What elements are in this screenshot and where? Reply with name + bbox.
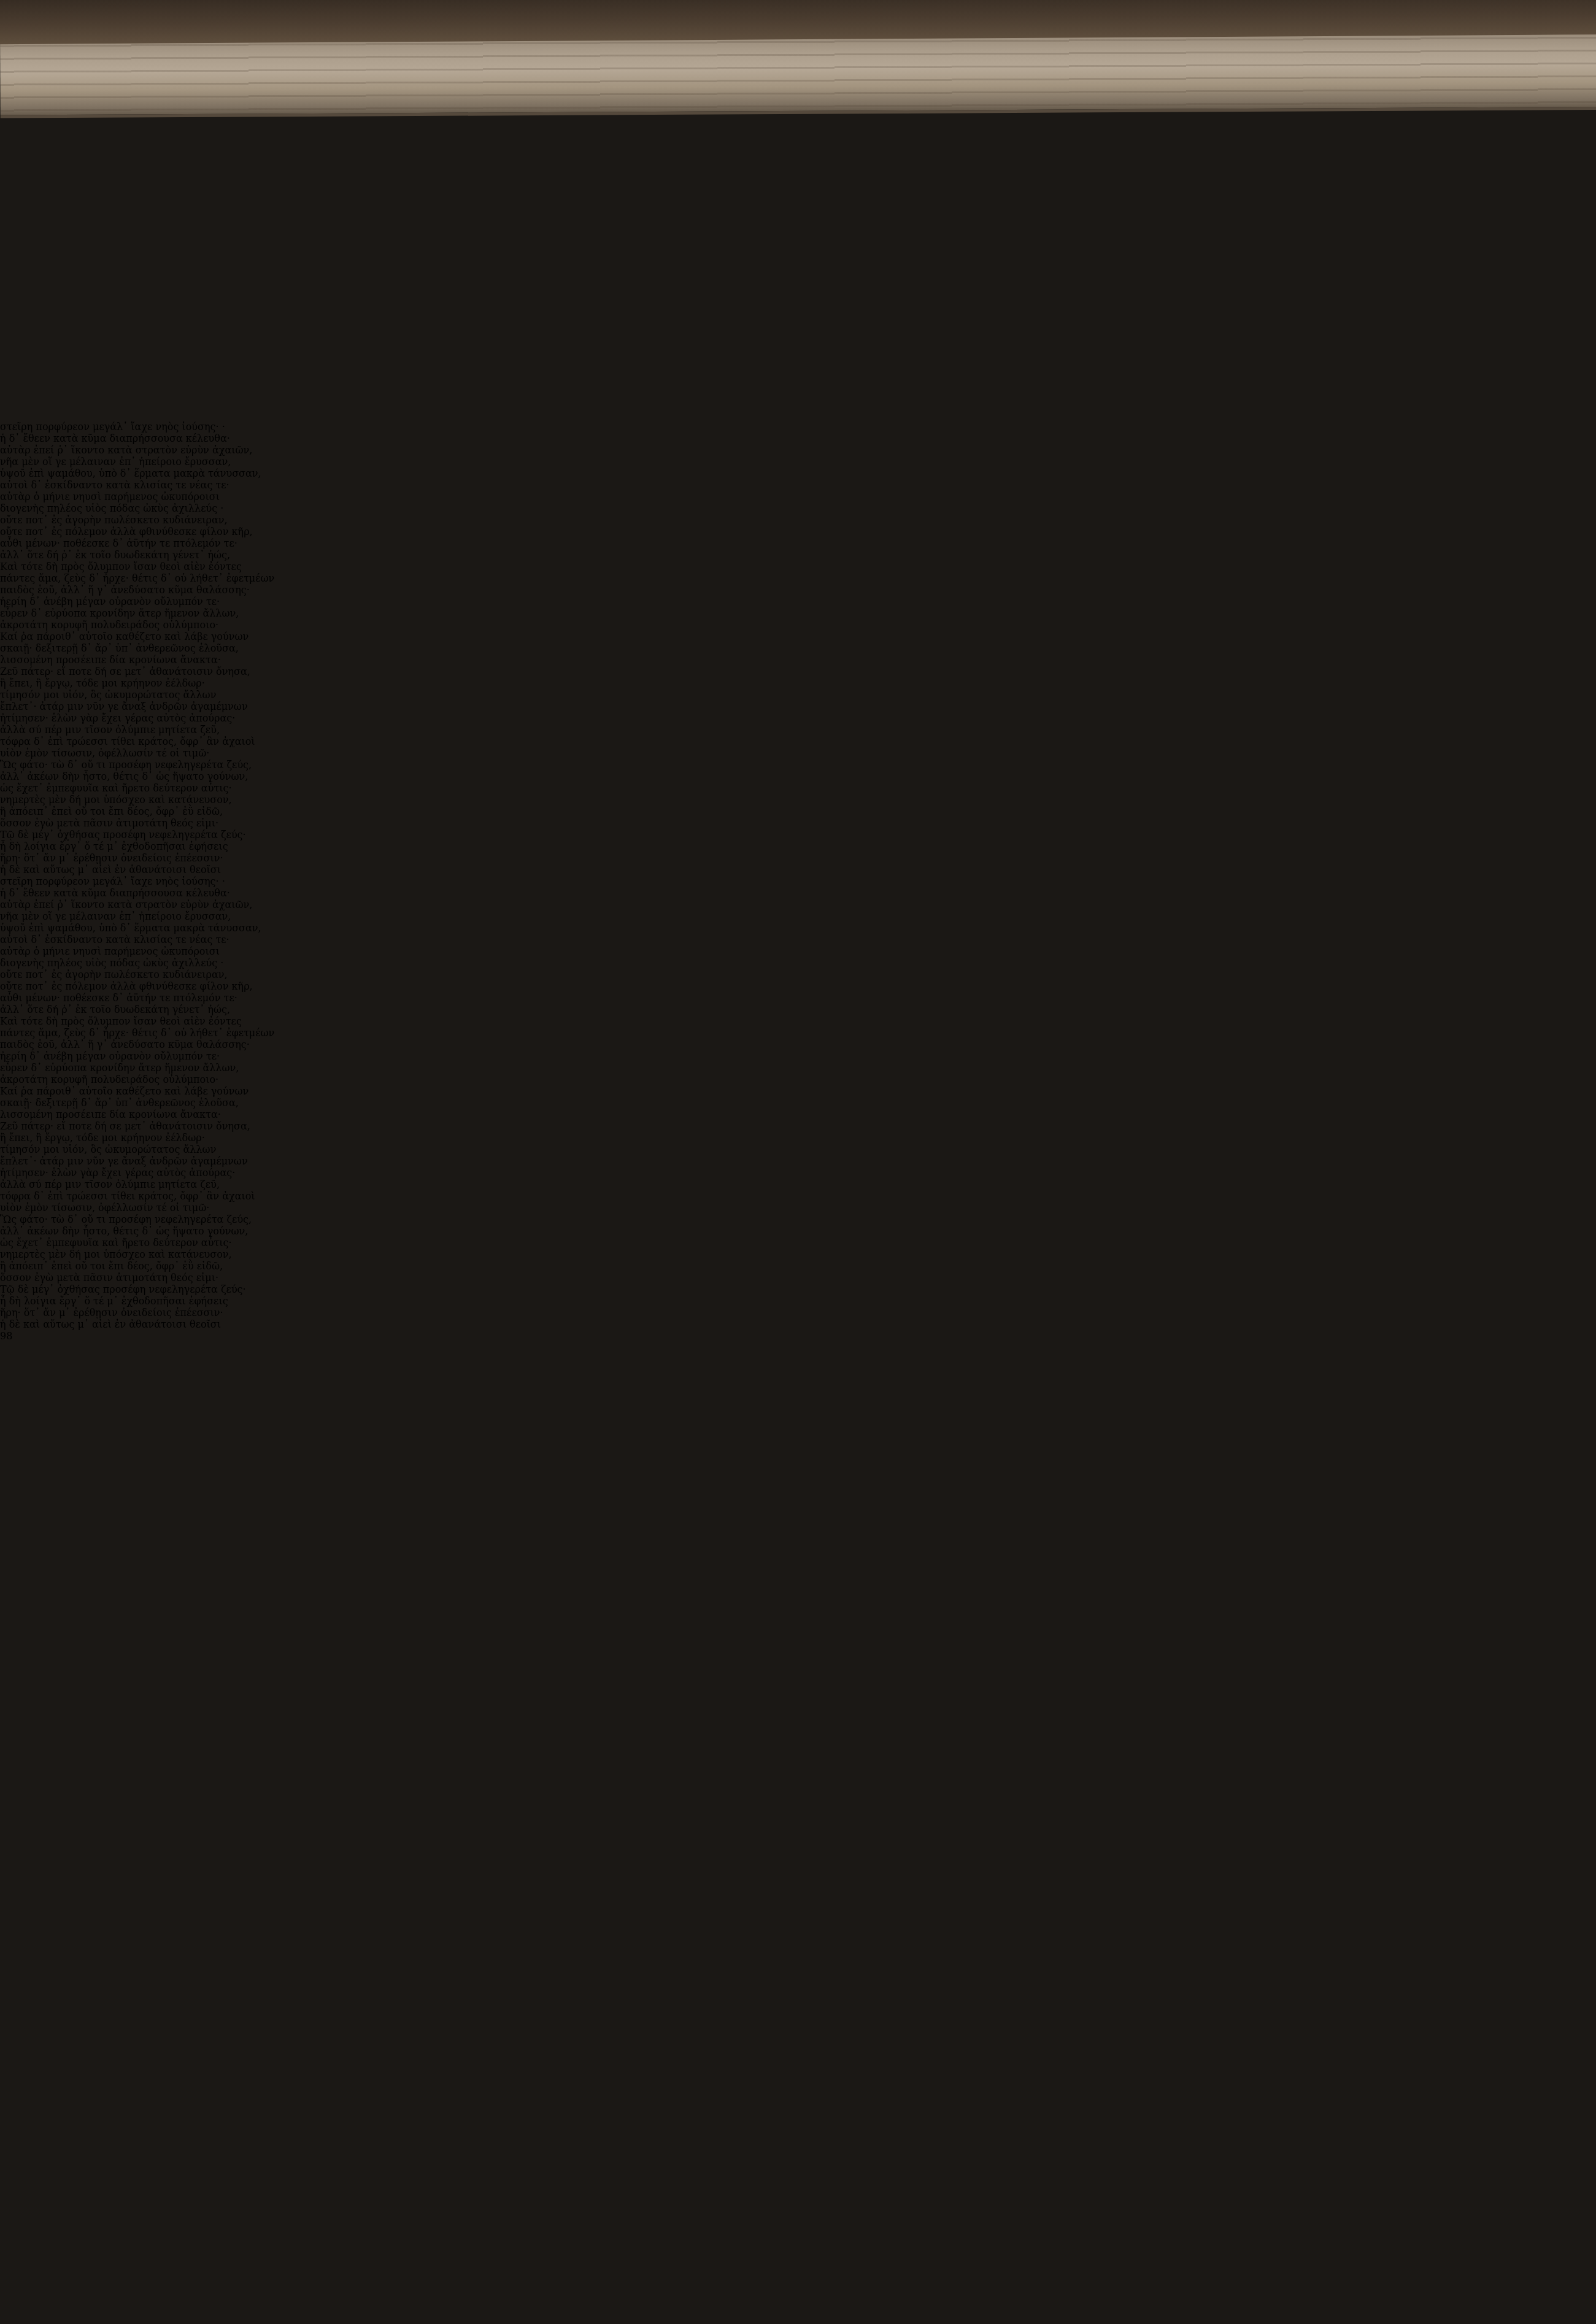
verse-line: ἠερίη δ᾽ ἀνέβη μέγαν οὐρανὸν οὔλυμπόν τε… <box>0 1050 1596 1062</box>
verse-line: αὐτὰρ ἐπεί ῥ᾽ ἵκοντο κατὰ στρατὸν εὐρὺν … <box>0 899 1596 910</box>
verse-line: ἦ δὴ λοίγια ἔργ᾽ ὅ τέ μ᾽ ἐχθοδοπῆσαι ἐφή… <box>0 1295 1596 1307</box>
verse-line: ἥρη· ὅτ᾽ ἄν μ᾽ ἐρέθῃσιν ὀνειδείοις ἐπέεσ… <box>0 1307 1596 1318</box>
verse-text: ἀλλ᾽ ἀκέων δὴν ἧστο, θέτις δ᾽ ὡς ἥψατο γ… <box>0 1225 248 1237</box>
verse-text: παιδὸς ἑοῦ, ἀλλ᾽ ἥ γ᾽ ἀνεδύσατο κῦμα θαλ… <box>0 1039 250 1050</box>
marginal-initial: Τ <box>0 829 7 841</box>
verse-line: λισσομένη προσέειπε δία κρονίωνα ἄνακτα· <box>0 654 1596 666</box>
verse-line: Καὶ τότε δὴ πρὸς ὄλυμπον ἴσαν θεοὶ αἰὲν … <box>0 561 1596 572</box>
verse-text: υἱὸν ἐμὸν τίσωσιν, ὀφέλλωσίν τέ οἱ τιμῶ· <box>0 1202 209 1214</box>
verse-text: παιδὸς ἑοῦ, ἀλλ᾽ ἥ γ᾽ ἀνεδύσατο κῦμα θαλ… <box>0 584 250 596</box>
verse-text: εὗρεν δ᾽ εὐρύοπα κρονίδην ἄτερ ἥμενον ἄλ… <box>0 607 239 619</box>
verse-line: παιδὸς ἑοῦ, ἀλλ᾽ ἥ γ᾽ ἀνεδύσατο κῦμα θαλ… <box>0 584 1596 596</box>
verse-text: αὐτὰρ ὁ μήνιε νηυσὶ παρήμενος ὠκυπόροισι <box>0 491 220 502</box>
verse-line: ὡς ἔχετ᾽ ἐμπεφυυῖα καὶ ἤρετο δεύτερον αὖ… <box>0 782 1596 794</box>
verse-line: ἀκροτάτη κορυφῆ πολυδειράδος οὐλύμποιο· <box>0 1074 1596 1085</box>
verse-line: ἀλλὰ σύ πέρ μιν τῖσον ὀλύμπιε μητίετα ζε… <box>0 724 1596 736</box>
verse-text: ἦ δὴ λοίγια ἔργ᾽ ὅ τέ μ᾽ ἐχθοδοπῆσαι ἐφή… <box>0 841 228 852</box>
verse-text: Καί ῥα πάροιθ᾽ αὐτοῖο καθέζετο καὶ λάβε … <box>0 1085 249 1097</box>
verse-line: ἀλλ᾽ ἀκέων δὴν ἧστο, θέτις δ᾽ ὡς ἥψατο γ… <box>0 1225 1596 1237</box>
book-scan: στεῖρη πορφύρεον μεγάλ᾽ ἴαχε νηὸς ἰούσης… <box>0 0 1596 2324</box>
verse-text: οὔτε ποτ᾽ ἐς πόλεμον ἀλλὰ φθινύθεσκε φίλ… <box>0 980 253 992</box>
verse-text: ἀλλ᾽ ὅτε δή ῥ᾽ ἐκ τοῖο δυωδεκάτη γένετ᾽ … <box>0 1004 230 1015</box>
verse-line: εὗρεν δ᾽ εὐρύοπα κρονίδην ἄτερ ἥμενον ἄλ… <box>0 607 1596 619</box>
verse-text: ἠερίη δ᾽ ἀνέβη μέγαν οὐρανὸν οὔλυμπόν τε… <box>0 596 220 607</box>
ghost-text-block: στεῖρη πορφύρεον μεγάλ᾽ ἴαχε νηὸς ἰούσης… <box>0 421 1596 875</box>
verse-line: αὐτὰρ ὁ μήνιε νηυσὶ παρήμενος ὠκυπόροισι <box>0 491 1596 502</box>
verse-line: διογενὴς πηλέος υἱὸς πόδας ὠκὺς ἀχιλλεύς… <box>0 957 1596 969</box>
verse-line: ὅσσον ἐγὼ μετὰ πᾶσιν ἀτιμοτάτη θεός εἰμι… <box>0 817 1596 829</box>
verse-line: αὐτὰρ ὁ μήνιε νηυσὶ παρήμενος ὠκυπόροισι <box>0 945 1596 957</box>
verse-text: αὐτοὶ δ᾽ ἐσκίδναντο κατὰ κλισίας τε νέας… <box>0 479 229 491</box>
verse-line: νῆα μὲν οἵ γε μέλαιναν ἐπ᾽ ἠπείροιο ἔρυσ… <box>0 910 1596 922</box>
verse-text: λισσομένη προσέειπε δία κρονίωνα ἄνακτα· <box>0 1109 221 1120</box>
verse-line: αὐτὰρ ἐπεί ῥ᾽ ἵκοντο κατὰ στρατὸν εὐρὺν … <box>0 444 1596 456</box>
marginal-initial: Ὣ <box>0 1214 11 1225</box>
verse-line: πάντες ἅμα, ζεὺς δ᾽ ἦρχε· θέτις δ᾽ οὐ λή… <box>0 1027 1596 1039</box>
marginal-initial: Ὣ <box>0 759 11 771</box>
verse-line: υἱὸν ἐμὸν τίσωσιν, ὀφέλλωσίν τέ οἱ τιμῶ· <box>0 747 1596 759</box>
verse-text: ὑψοῦ ἐπὶ ψαμάθου, ὑπὸ δ᾽ ἕρματα μακρὰ τά… <box>0 467 261 479</box>
verse-line: ἢ ἀπόειπ᾽ ἐπεὶ οὔ τοι ἔπι δέος, ὄφρ᾽ ἐῢ … <box>0 1260 1596 1272</box>
verse-line: παιδὸς ἑοῦ, ἀλλ᾽ ἥ γ᾽ ἀνεδύσατο κῦμα θαλ… <box>0 1039 1596 1050</box>
verse-line: νημερτὲς μὲν δή μοι ὑπόσχεο καὶ κατάνευσ… <box>0 1249 1596 1260</box>
verse-text: εὗρεν δ᾽ εὐρύοπα κρονίδην ἄτερ ἥμενον ἄλ… <box>0 1062 239 1074</box>
verse-text: αὐτοὶ δ᾽ ἐσκίδναντο κατὰ κλισίας τε νέας… <box>0 934 229 945</box>
foxing-spot <box>0 218 37 248</box>
foxing-spot <box>0 191 32 218</box>
verse-text: ἔπλετ᾽· ἀτάρ μιν νῦν γε ἄναξ ἀνδρῶν ἀγαμ… <box>0 1155 248 1167</box>
verse-text: ἥρη· ὅτ᾽ ἄν μ᾽ ἐρέθῃσιν ὀνειδείοις ἐπέεσ… <box>0 1307 223 1318</box>
foxing-spot <box>0 320 18 337</box>
verse-text: νῆα μὲν οἵ γε μέλαιναν ἐπ᾽ ἠπείροιο ἔρυσ… <box>0 456 231 467</box>
verse-text: στεῖρη πορφύρεον μεγάλ᾽ ἴαχε νηὸς ἰούσης… <box>0 875 225 887</box>
verse-text: ὑψοῦ ἐπὶ ψαμάθου, ὑπὸ δ᾽ ἕρματα μακρὰ τά… <box>0 922 261 934</box>
verse-text: αὖθι μένων· ποθέεσκε δ᾽ ἀϋτήν τε πτόλεμό… <box>0 537 237 549</box>
verse-text: οὔτε ποτ᾽ ἐς ἀγορὴν πωλέσκετο κυδιάνειρα… <box>0 969 228 980</box>
verse-line: ἡ δὲ καὶ αὔτως μ᾽ αἰεὶ ἐν ἀθανάτοισι θεο… <box>0 1318 1596 1330</box>
verse-line: στεῖρη πορφύρεον μεγάλ᾽ ἴαχε νηὸς ἰούσης… <box>0 421 1596 433</box>
verse-text: τίμησόν μοι υἱόν, ὃς ὠκυμορώτατος ἄλλων <box>0 689 216 701</box>
verse-line: υἱὸν ἐμὸν τίσωσιν, ὀφέλλωσίν τέ οἱ τιμῶ· <box>0 1202 1596 1214</box>
verse-text: ἀκροτάτη κορυφῆ πολυδειράδος οὐλύμποιο· <box>0 1074 218 1085</box>
verse-text: ἀκροτάτη κορυφῆ πολυδειράδος οὐλύμποιο· <box>0 619 218 631</box>
verse-text: ἡ δ᾽ ἔθεεν κατὰ κῦμα διαπρήσσουσα κέλευθ… <box>0 433 230 444</box>
verse-text: Καὶ τότε δὴ πρὸς ὄλυμπον ἴσαν θεοὶ αἰὲν … <box>0 1015 242 1027</box>
verse-line: Καί ῥα πάροιθ᾽ αὐτοῖο καθέζετο καὶ λάβε … <box>0 1085 1596 1097</box>
verse-text: ἠτίμησεν· ἑλὼν γὰρ ἔχει γέρας αὐτὸς ἀπού… <box>0 1167 235 1179</box>
verse-text: αὐτὰρ ὁ μήνιε νηυσὶ παρήμενος ὠκυπόροισι <box>0 945 220 957</box>
verse-text: υἱὸν ἐμὸν τίσωσιν, ὀφέλλωσίν τέ οἱ τιμῶ· <box>0 747 209 759</box>
verse-line: οὔτε ποτ᾽ ἐς ἀγορὴν πωλέσκετο κυδιάνειρα… <box>0 514 1596 526</box>
verse-line: ἢ ἔπει, ἢ ἔργῳ, τόδε μοι κρήηνον ἐέλδωρ· <box>0 1132 1596 1144</box>
verse-line: ἢ ἔπει, ἢ ἔργῳ, τόδε μοι κρήηνον ἐέλδωρ· <box>0 677 1596 689</box>
verse-line: τίμησόν μοι υἱόν, ὃς ὠκυμορώτατος ἄλλων <box>0 689 1596 701</box>
verse-text: ῷ δὲ μέγ᾽ ὀχθήσας προσέφη νεφεληγερέτα ζ… <box>7 829 246 841</box>
verse-line: νημερτὲς μὲν δή μοι ὑπόσχεο καὶ κατάνευσ… <box>0 794 1596 806</box>
verse-line: νῆα μὲν οἵ γε μέλαιναν ἐπ᾽ ἠπείροιο ἔρυσ… <box>0 456 1596 467</box>
verse-line: αὖθι μένων· ποθέεσκε δ᾽ ἀϋτήν τε πτόλεμό… <box>0 537 1596 549</box>
verse-text: ἡ δ᾽ ἔθεεν κατὰ κῦμα διαπρήσσουσα κέλευθ… <box>0 887 230 899</box>
verse-line: εὗρεν δ᾽ εὐρύοπα κρονίδην ἄτερ ἥμενον ἄλ… <box>0 1062 1596 1074</box>
verse-line: Καὶ τότε δὴ πρὸς ὄλυμπον ἴσαν θεοὶ αἰὲν … <box>0 1015 1596 1027</box>
verse-line: ἀκροτάτη κορυφῆ πολυδειράδος οὐλύμποιο· <box>0 619 1596 631</box>
marginal-initial: Ζ <box>0 1120 7 1132</box>
verse-text: ς φάτο· τὼ δ᾽ οὔ τι προσέφη νεφεληγερέτα… <box>11 759 252 771</box>
verse-line: διογενὴς πηλέος υἱὸς πόδας ὠκὺς ἀχιλλεύς… <box>0 502 1596 514</box>
verse-line: τόφρα δ᾽ ἐπὶ τρώεσσι τίθει κράτος, ὄφρ᾽ … <box>0 1190 1596 1202</box>
verse-line: ἠτίμησεν· ἑλὼν γὰρ ἔχει γέρας αὐτὸς ἀπού… <box>0 712 1596 724</box>
verse-line: οὔτε ποτ᾽ ἐς ἀγορὴν πωλέσκετο κυδιάνειρα… <box>0 969 1596 980</box>
verse-text: ἢ ἀπόειπ᾽ ἐπεὶ οὔ τοι ἔπι δέος, ὄφρ᾽ ἐῢ … <box>0 1260 223 1272</box>
verse-text: σκαιῇ· δεξιτερῇ δ᾽ ἄρ᾽ ὑπ᾽ ἀνθερεῶνος ἑλ… <box>0 642 239 654</box>
verse-text: ς φάτο· τὼ δ᾽ οὔ τι προσέφη νεφεληγερέτα… <box>11 1214 252 1225</box>
verse-text: αὐτὰρ ἐπεί ῥ᾽ ἵκοντο κατὰ στρατὸν εὐρὺν … <box>0 444 252 456</box>
marginal-initial: Ζ <box>0 666 7 677</box>
verse-line: ἦ δὴ λοίγια ἔργ᾽ ὅ τέ μ᾽ ἐχθοδοπῆσαι ἐφή… <box>0 841 1596 852</box>
verse-line: λισσομένη προσέειπε δία κρονίωνα ἄνακτα· <box>0 1109 1596 1120</box>
foxing-spot <box>0 144 27 169</box>
verse-line: ἡ δ᾽ ἔθεεν κατὰ κῦμα διαπρήσσουσα κέλευθ… <box>0 433 1596 444</box>
verse-line: ἀλλὰ σύ πέρ μιν τῖσον ὀλύμπιε μητίετα ζε… <box>0 1179 1596 1190</box>
verse-text: Καί ῥα πάροιθ᾽ αὐτοῖο καθέζετο καὶ λάβε … <box>0 631 249 642</box>
verse-text: ὅσσον ἐγὼ μετὰ πᾶσιν ἀτιμοτάτη θεός εἰμι… <box>0 817 218 829</box>
verse-text: ἔπλετ᾽· ἀτάρ μιν νῦν γε ἄναξ ἀνδρῶν ἀγαμ… <box>0 701 248 712</box>
verse-text: πάντες ἅμα, ζεὺς δ᾽ ἦρχε· θέτις δ᾽ οὐ λή… <box>0 1027 274 1039</box>
verse-line: ἡ δ᾽ ἔθεεν κατὰ κῦμα διαπρήσσουσα κέλευθ… <box>0 887 1596 899</box>
verse-text: τόφρα δ᾽ ἐπὶ τρώεσσι τίθει κράτος, ὄφρ᾽ … <box>0 736 255 747</box>
verse-text: τίμησόν μοι υἱόν, ὃς ὠκυμορώτατος ἄλλων <box>0 1144 216 1155</box>
verse-text: αὐτὰρ ἐπεί ῥ᾽ ἵκοντο κατὰ στρατὸν εὐρὺν … <box>0 899 252 910</box>
verse-line: Ζεῦ πάτερ· εἴ ποτε δή σε μετ᾽ ἀθανάτοισι… <box>0 1120 1596 1132</box>
verse-line: ὑψοῦ ἐπὶ ψαμάθου, ὑπὸ δ᾽ ἕρματα μακρὰ τά… <box>0 467 1596 479</box>
verse-line: Τῷ δὲ μέγ᾽ ὀχθήσας προσέφη νεφεληγερέτα … <box>0 1283 1596 1295</box>
verse-text: ἢ ἔπει, ἢ ἔργῳ, τόδε μοι κρήηνον ἐέλδωρ· <box>0 677 205 689</box>
verse-line: ὅσσον ἐγὼ μετὰ πᾶσιν ἀτιμοτάτη θεός εἰμι… <box>0 1272 1596 1283</box>
verse-line: τίμησόν μοι υἱόν, ὃς ὠκυμορώτατος ἄλλων <box>0 1144 1596 1155</box>
foxing-spot <box>0 396 31 421</box>
verse-line: ἥρη· ὅτ᾽ ἄν μ᾽ ἐρέθῃσιν ὀνειδείοις ἐπέεσ… <box>0 852 1596 864</box>
verse-text: ὡς ἔχετ᾽ ἐμπεφυυῖα καὶ ἤρετο δεύτερον αὖ… <box>0 782 232 794</box>
verse-line: ἔπλετ᾽· ἀτάρ μιν νῦν γε ἄναξ ἀνδρῶν ἀγαμ… <box>0 1155 1596 1167</box>
verse-line: αὐτοὶ δ᾽ ἐσκίδναντο κατὰ κλισίας τε νέας… <box>0 479 1596 491</box>
verse-text: ἠτίμησεν· ἑλὼν γὰρ ἔχει γέρας αὐτὸς ἀπού… <box>0 712 235 724</box>
verse-text: διογενὴς πηλέος υἱὸς πόδας ὠκὺς ἀχιλλεύς… <box>0 957 223 969</box>
verse-line: ἢ ἀπόειπ᾽ ἐπεὶ οὔ τοι ἔπι δέος, ὄφρ᾽ ἐῢ … <box>0 806 1596 817</box>
verse-line: ὡς ἔχετ᾽ ἐμπεφυυῖα καὶ ἤρετο δεύτερον αὖ… <box>0 1237 1596 1249</box>
verse-text: ἀλλὰ σύ πέρ μιν τῖσον ὀλύμπιε μητίετα ζε… <box>0 1179 220 1190</box>
verse-text: πάντες ἅμα, ζεὺς δ᾽ ἦρχε· θέτις δ᾽ οὐ λή… <box>0 572 274 584</box>
verse-line: τόφρα δ᾽ ἐπὶ τρώεσσι τίθει κράτος, ὄφρ᾽ … <box>0 736 1596 747</box>
verse-text: Καὶ τότε δὴ πρὸς ὄλυμπον ἴσαν θεοὶ αἰὲν … <box>0 561 242 572</box>
verse-text: διογενὴς πηλέος υἱὸς πόδας ὠκὺς ἀχιλλεύς… <box>0 502 223 514</box>
verse-line: αὐτοὶ δ᾽ ἐσκίδναντο κατὰ κλισίας τε νέας… <box>0 934 1596 945</box>
verse-text: ἀλλ᾽ ὅτε δή ῥ᾽ ἐκ τοῖο δυωδεκάτη γένετ᾽ … <box>0 549 230 561</box>
verse-text: ἀλλὰ σύ πέρ μιν τῖσον ὀλύμπιε μητίετα ζε… <box>0 724 220 736</box>
foxing-spot <box>0 371 29 396</box>
verse-line: Ὣς φάτο· τὼ δ᾽ οὔ τι προσέφη νεφεληγερέτ… <box>0 1214 1596 1225</box>
verse-text: νῆα μὲν οἵ γε μέλαιναν ἐπ᾽ ἠπείροιο ἔρυσ… <box>0 910 231 922</box>
verse-line: αὖθι μένων· ποθέεσκε δ᾽ ἀϋτήν τε πτόλεμό… <box>0 992 1596 1004</box>
verse-text: νημερτὲς μὲν δή μοι ὑπόσχεο καὶ κατάνευσ… <box>0 1249 232 1260</box>
verse-text: ῷ δὲ μέγ᾽ ὀχθήσας προσέφη νεφεληγερέτα ζ… <box>7 1283 246 1295</box>
verse-line: Καί ῥα πάροιθ᾽ αὐτοῖο καθέζετο καὶ λάβε … <box>0 631 1596 642</box>
verse-text: αὖθι μένων· ποθέεσκε δ᾽ ἀϋτήν τε πτόλεμό… <box>0 992 237 1004</box>
verse-line: ὑψοῦ ἐπὶ ψαμάθου, ὑπὸ δ᾽ ἕρματα μακρὰ τά… <box>0 922 1596 934</box>
verse-line: στεῖρη πορφύρεον μεγάλ᾽ ἴαχε νηὸς ἰούσης… <box>0 875 1596 887</box>
verse-text: εῦ πάτερ· εἴ ποτε δή σε μετ᾽ ἀθανάτοισιν… <box>7 1120 250 1132</box>
foxing-spot <box>0 248 34 279</box>
verse-line: ἡ δὲ καὶ αὔτως μ᾽ αἰεὶ ἐν ἀθανάτοισι θεο… <box>0 864 1596 875</box>
verse-text: ἡ δὲ καὶ αὔτως μ᾽ αἰεὶ ἐν ἀθανάτοισι θεο… <box>0 1318 221 1330</box>
verse-text: οὔτε ποτ᾽ ἐς πόλεμον ἀλλὰ φθινύθεσκε φίλ… <box>0 526 253 537</box>
verse-text: ἦ δὴ λοίγια ἔργ᾽ ὅ τέ μ᾽ ἐχθοδοπῆσαι ἐφή… <box>0 1295 228 1307</box>
verse-text: στεῖρη πορφύρεον μεγάλ᾽ ἴαχε νηὸς ἰούσης… <box>0 421 225 433</box>
verse-line: οὔτε ποτ᾽ ἐς πόλεμον ἀλλὰ φθινύθεσκε φίλ… <box>0 980 1596 992</box>
verse-text: ἡ δὲ καὶ αὔτως μ᾽ αἰεὶ ἐν ἀθανάτοισι θεο… <box>0 864 221 875</box>
verse-line: πάντες ἅμα, ζεὺς δ᾽ ἦρχε· θέτις δ᾽ οὐ λή… <box>0 572 1596 584</box>
verse-line: Τῷ δὲ μέγ᾽ ὀχθήσας προσέφη νεφεληγερέτα … <box>0 829 1596 841</box>
verse-text: ἢ ἀπόειπ᾽ ἐπεὶ οὔ τοι ἔπι δέος, ὄφρ᾽ ἐῢ … <box>0 806 223 817</box>
verse-line: σκαιῇ· δεξιτερῇ δ᾽ ἄρ᾽ ὑπ᾽ ἀνθερεῶνος ἑλ… <box>0 1097 1596 1109</box>
verse-text: ὡς ἔχετ᾽ ἐμπεφυυῖα καὶ ἤρετο δεύτερον αὖ… <box>0 1237 232 1249</box>
verse-text: λισσομένη προσέειπε δία κρονίωνα ἄνακτα· <box>0 654 221 666</box>
foxing-spot <box>0 279 21 298</box>
verse-line: Ζεῦ πάτερ· εἴ ποτε δή σε μετ᾽ ἀθανάτοισι… <box>0 666 1596 677</box>
text-block: στεῖρη πορφύρεον μεγάλ᾽ ἴαχε νηὸς ἰούσης… <box>0 875 1596 1330</box>
verse-line: ἔπλετ᾽· ἀτάρ μιν νῦν γε ἄναξ ἀνδρῶν ἀγαμ… <box>0 701 1596 712</box>
verse-text: τόφρα δ᾽ ἐπὶ τρώεσσι τίθει κράτος, ὄφρ᾽ … <box>0 1190 255 1202</box>
foxing-spot <box>0 298 25 320</box>
verse-line: ἠτίμησεν· ἑλὼν γὰρ ἔχει γέρας αὐτὸς ἀπού… <box>0 1167 1596 1179</box>
verse-text: σκαιῇ· δεξιτερῇ δ᾽ ἄρ᾽ ὑπ᾽ ἀνθερεῶνος ἑλ… <box>0 1097 239 1109</box>
verse-text: ὅσσον ἐγὼ μετὰ πᾶσιν ἀτιμοτάτη θεός εἰμι… <box>0 1272 218 1283</box>
folio-number: 98 <box>0 1330 1596 1342</box>
verse-text: ἀλλ᾽ ἀκέων δὴν ἧστο, θέτις δ᾽ ὡς ἥψατο γ… <box>0 771 248 782</box>
foxing-spot <box>0 169 25 191</box>
verse-line: ἀλλ᾽ ἀκέων δὴν ἧστο, θέτις δ᾽ ὡς ἥψατο γ… <box>0 771 1596 782</box>
verse-line: οὔτε ποτ᾽ ἐς πόλεμον ἀλλὰ φθινύθεσκε φίλ… <box>0 526 1596 537</box>
verse-line: ἠερίη δ᾽ ἀνέβη μέγαν οὐρανὸν οὔλυμπόν τε… <box>0 596 1596 607</box>
verse-line: ἀλλ᾽ ὅτε δή ῥ᾽ ἐκ τοῖο δυωδεκάτη γένετ᾽ … <box>0 549 1596 561</box>
verse-line: σκαιῇ· δεξιτερῇ δ᾽ ἄρ᾽ ὑπ᾽ ἀνθερεῶνος ἑλ… <box>0 642 1596 654</box>
verse-text: οὔτε ποτ᾽ ἐς ἀγορὴν πωλέσκετο κυδιάνειρα… <box>0 514 228 526</box>
marginal-initial: Τ <box>0 1283 7 1295</box>
verse-text: εῦ πάτερ· εἴ ποτε δή σε μετ᾽ ἀθανάτοισιν… <box>7 666 250 677</box>
verse-text: ἠερίη δ᾽ ἀνέβη μέγαν οὐρανὸν οὔλυμπόν τε… <box>0 1050 220 1062</box>
foxing-spot <box>0 337 43 371</box>
verse-line: Ὣς φάτο· τὼ δ᾽ οὔ τι προσέφη νεφεληγερέτ… <box>0 759 1596 771</box>
verse-text: ἥρη· ὅτ᾽ ἄν μ᾽ ἐρέθῃσιν ὀνειδείοις ἐπέεσ… <box>0 852 223 864</box>
verse-line: ἀλλ᾽ ὅτε δή ῥ᾽ ἐκ τοῖο δυωδεκάτη γένετ᾽ … <box>0 1004 1596 1015</box>
verse-text: νημερτὲς μὲν δή μοι ὑπόσχεο καὶ κατάνευσ… <box>0 794 232 806</box>
verse-text: ἢ ἔπει, ἢ ἔργῳ, τόδε μοι κρήηνον ἐέλδωρ· <box>0 1132 205 1144</box>
